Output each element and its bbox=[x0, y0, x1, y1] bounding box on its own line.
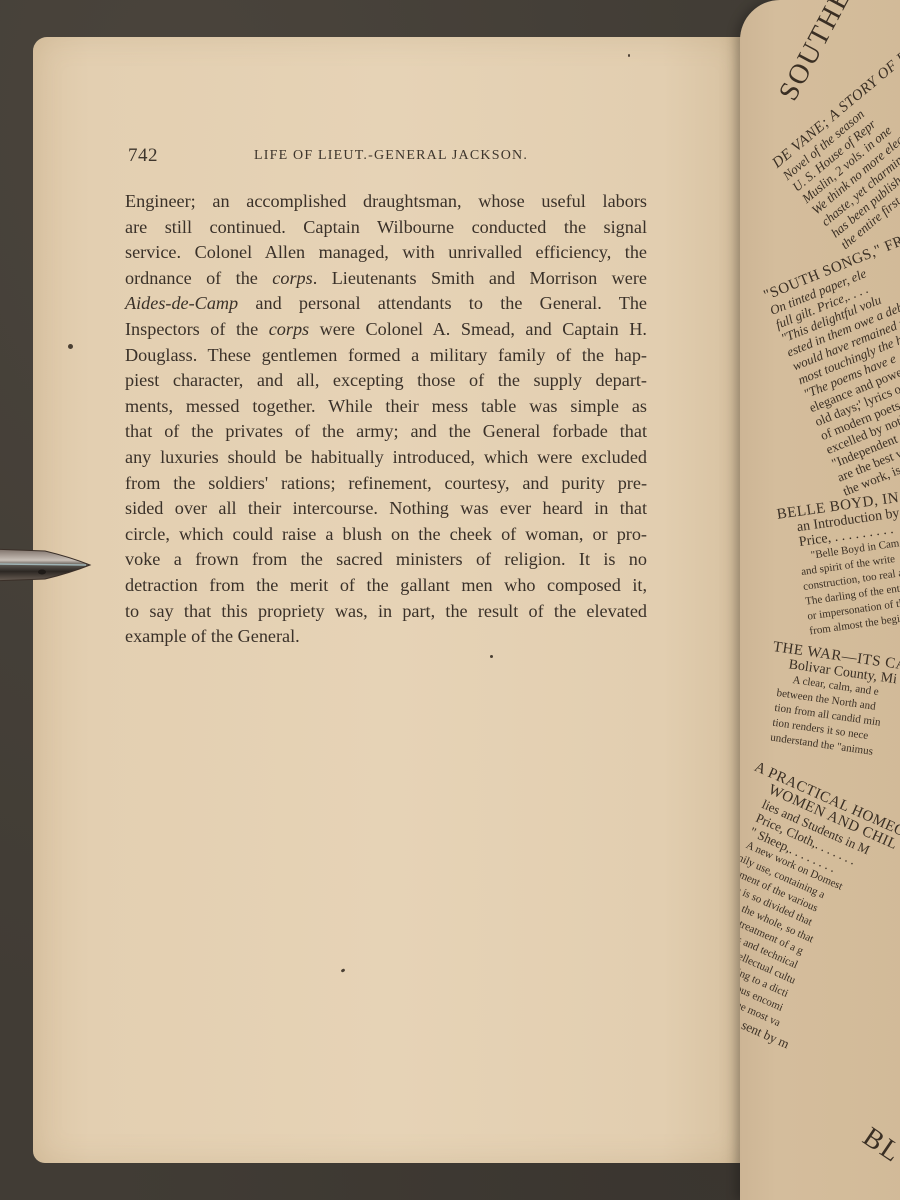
text-line: voke a frown from the sacred ministers o… bbox=[125, 547, 647, 573]
text-line: are still continued. Captain Wilbourne c… bbox=[125, 215, 647, 241]
text-line: to say that this propriety was, in part,… bbox=[125, 599, 647, 625]
text-run: . Lieutenants Smith and Morrison were bbox=[313, 268, 647, 288]
ad-header-text: SOUTHER bbox=[780, 0, 860, 102]
paper-speck bbox=[628, 54, 630, 57]
text-run: and personal attendants to the General. … bbox=[238, 293, 647, 313]
text-line: sided over all their intercourse. Nothin… bbox=[125, 496, 647, 522]
running-head: 742 LIFE OF LIEUT.-GENERAL JACKSON. bbox=[128, 145, 648, 169]
text-line: Engineer; an accomplished draughtsman, w… bbox=[125, 189, 647, 215]
text-line: detraction from the merit of the gallant… bbox=[125, 573, 647, 599]
page-number: 742 bbox=[128, 145, 158, 167]
text-line: any luxuries should be habitually introd… bbox=[125, 445, 647, 471]
text-run: were Colonel A. Smead, and Captain H. bbox=[309, 319, 647, 339]
text-line: Inspectors of the corps were Colonel A. … bbox=[125, 317, 647, 343]
body-paragraph: Engineer; an accomplished draughtsman, w… bbox=[125, 189, 647, 650]
text-line: from the soldiers' rations; refinement, … bbox=[125, 471, 647, 497]
italic-run: corps bbox=[272, 268, 312, 288]
ad-line: BL bbox=[862, 1128, 900, 1163]
text-line: Aides-de-Camp and personal attendants to… bbox=[125, 291, 647, 317]
italic-run: corps bbox=[269, 319, 309, 339]
pen-tip-icon bbox=[0, 545, 94, 585]
text-run: Inspectors of the bbox=[125, 319, 269, 339]
text-line: Douglass. These gentlemen formed a milit… bbox=[125, 343, 647, 369]
paper-speck bbox=[341, 968, 346, 973]
text-line: service. Colonel Allen managed, with unr… bbox=[125, 240, 647, 266]
ad-footer-publisher: BL bbox=[862, 1128, 900, 1163]
paper-speck bbox=[490, 655, 493, 658]
text-line: piest character, and all, excepting thos… bbox=[125, 368, 647, 394]
paper-speck bbox=[68, 344, 73, 349]
text-line: example of the General. bbox=[125, 624, 647, 650]
ad-block-homeopathy: A PRACTICAL HOMEO WOMEN AND CHIL lies an… bbox=[740, 760, 900, 1060]
text-line: ments, messed together. While their mess… bbox=[125, 394, 647, 420]
text-run: ordnance of the bbox=[125, 268, 272, 288]
left-book-page: 742 LIFE OF LIEUT.-GENERAL JACKSON. Engi… bbox=[33, 37, 748, 1163]
running-head-title: LIFE OF LIEUT.-GENERAL JACKSON. bbox=[254, 148, 528, 164]
ad-block-the-war: THE WAR—ITS CAU Bolivar County, Mi A cle… bbox=[759, 640, 900, 764]
text-line: circle, which could raise a blush on the… bbox=[125, 522, 647, 548]
ad-block-belle-boyd: BELLE BOYD, IN C an Introduction by Pric… bbox=[776, 489, 900, 642]
text-line: that of the privates of the army; and th… bbox=[125, 419, 647, 445]
italic-run: Aides-de-Camp bbox=[125, 293, 238, 313]
text-line: ordnance of the corps. Lieutenants Smith… bbox=[125, 266, 647, 292]
ad-block-south-songs: "SOUTH SONGS," FROM On tinted paper, ele… bbox=[762, 225, 900, 499]
ad-header: SOUTHER bbox=[780, 0, 860, 102]
right-book-page: SOUTHER DE VANE; A STORY OF P Novel of t… bbox=[740, 0, 900, 1200]
